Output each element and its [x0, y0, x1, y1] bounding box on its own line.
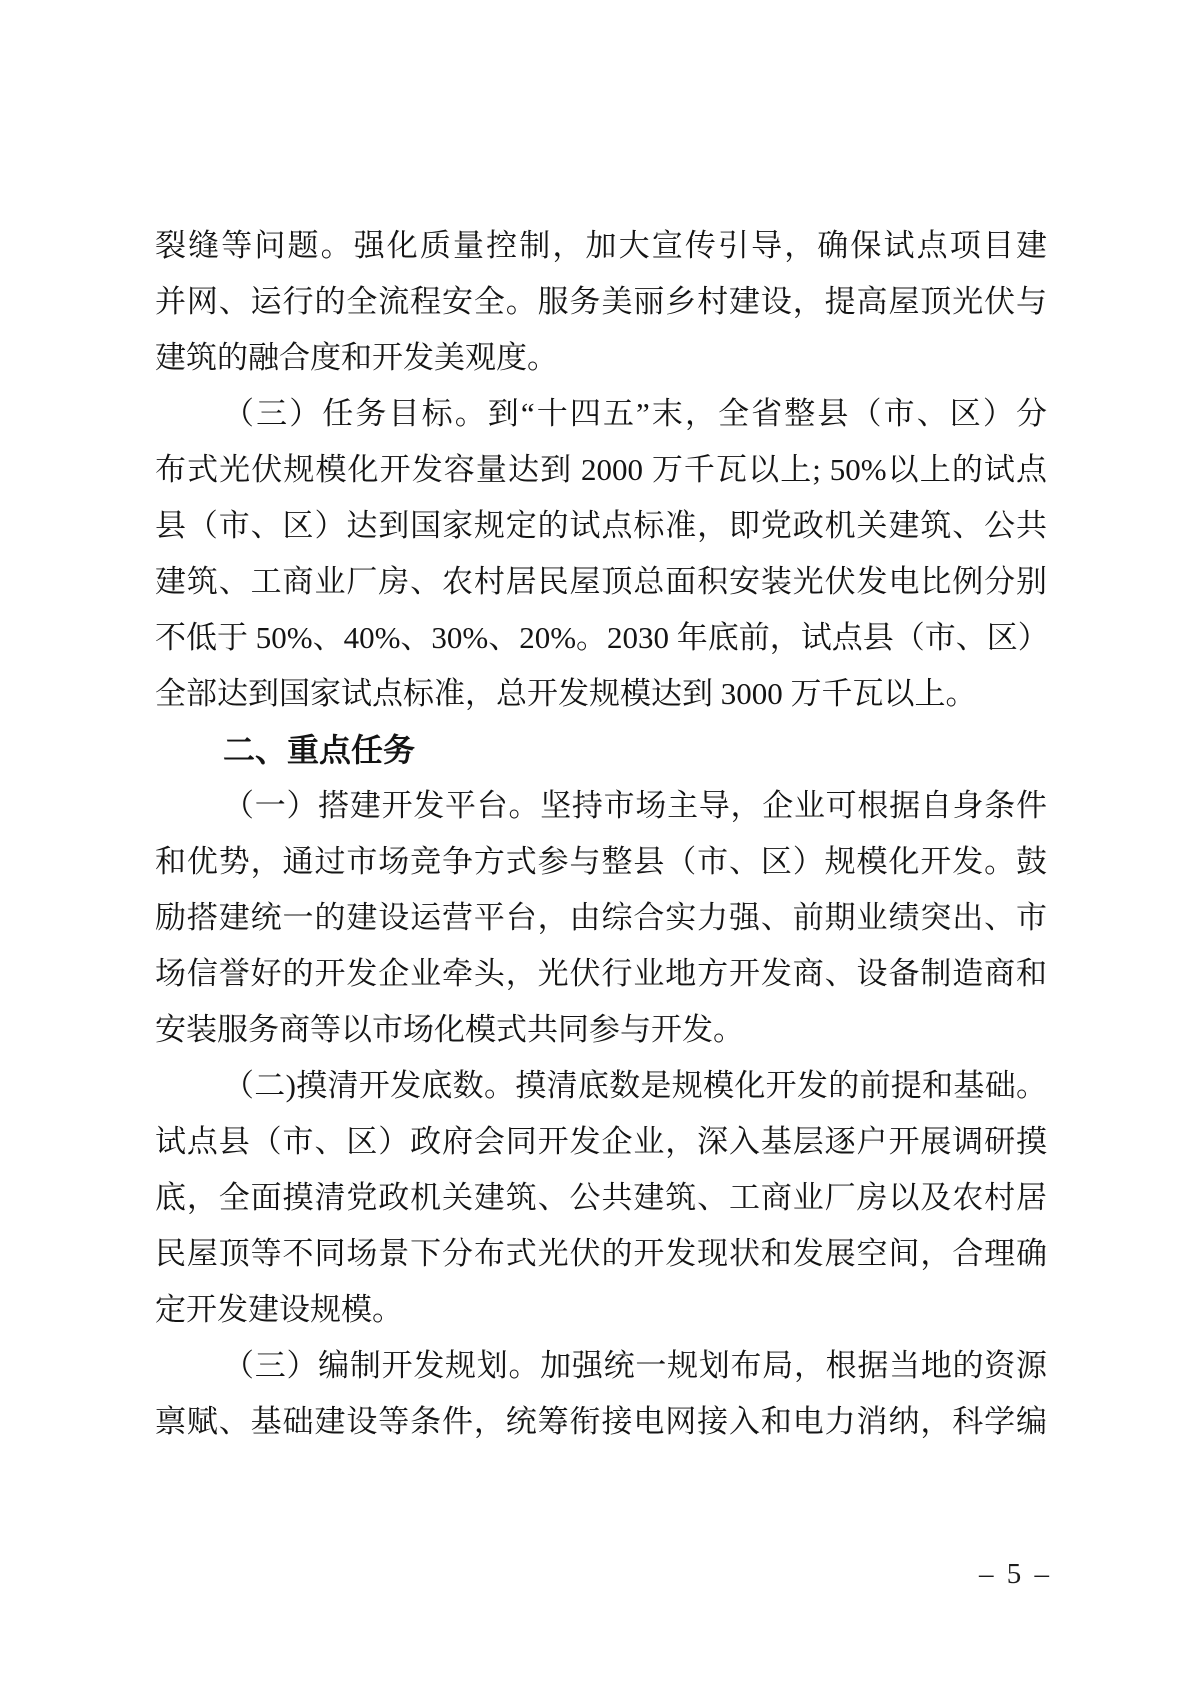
- body-line: 建筑的融合度和开发美观度。: [155, 330, 1047, 386]
- body-line: 并网、运行的全流程安全。服务美丽乡村建设，提高屋顶光伏与: [155, 274, 1047, 330]
- body-line: 和优势，通过市场竞争方式参与整县（市、区）规模化开发。鼓: [155, 834, 1047, 890]
- body-line: 励搭建统一的建设运营平台，由综合实力强、前期业绩突出、市: [155, 890, 1047, 946]
- body-line: （一）搭建开发平台。坚持市场主导，企业可根据自身条件: [155, 778, 1047, 834]
- body-line: 裂缝等问题。强化质量控制，加大宣传引导，确保试点项目建设、: [155, 218, 1047, 274]
- body-line: 底，全面摸清党政机关建筑、公共建筑、工商业厂房以及农村居: [155, 1170, 1047, 1226]
- body-line: （三）任务目标。到“十四五”末，全省整县（市、区）分: [155, 386, 1047, 442]
- body-line: 民屋顶等不同场景下分布式光伏的开发现状和发展空间，合理确: [155, 1226, 1047, 1282]
- body-line: 场信誉好的开发企业牵头，光伏行业地方开发商、设备制造商和: [155, 946, 1047, 1002]
- document-page: 裂缝等问题。强化质量控制，加大宣传引导，确保试点项目建设、 并网、运行的全流程安…: [0, 0, 1200, 1697]
- body-line: 禀赋、基础建设等条件，统筹衔接电网接入和电力消纳，科学编: [155, 1394, 1047, 1450]
- page-number: – 5 –: [979, 1558, 1052, 1591]
- body-line: 不低于 50%、40%、30%、20%。2030 年底前，试点县（市、区）: [155, 610, 1047, 666]
- body-line: 全部达到国家试点标准，总开发规模达到 3000 万千瓦以上。: [155, 666, 1047, 722]
- body-line: 安装服务商等以市场化模式共同参与开发。: [155, 1002, 1047, 1058]
- body-line: （二)摸清开发底数。摸清底数是规模化开发的前提和基础。: [155, 1058, 1047, 1114]
- document-body: 裂缝等问题。强化质量控制，加大宣传引导，确保试点项目建设、 并网、运行的全流程安…: [155, 218, 1047, 1450]
- body-line: 定开发建设规模。: [155, 1282, 1047, 1338]
- body-line: 试点县（市、区）政府会同开发企业，深入基层逐户开展调研摸: [155, 1114, 1047, 1170]
- body-line: 建筑、工商业厂房、农村居民屋顶总面积安装光伏发电比例分别: [155, 554, 1047, 610]
- body-line: 布式光伏规模化开发容量达到 2000 万千瓦以上; 50%以上的试点: [155, 442, 1047, 498]
- body-line: 县（市、区）达到国家规定的试点标准，即党政机关建筑、公共: [155, 498, 1047, 554]
- section-heading: 二、重点任务: [155, 722, 1047, 778]
- body-line: （三）编制开发规划。加强统一规划布局，根据当地的资源: [155, 1338, 1047, 1394]
